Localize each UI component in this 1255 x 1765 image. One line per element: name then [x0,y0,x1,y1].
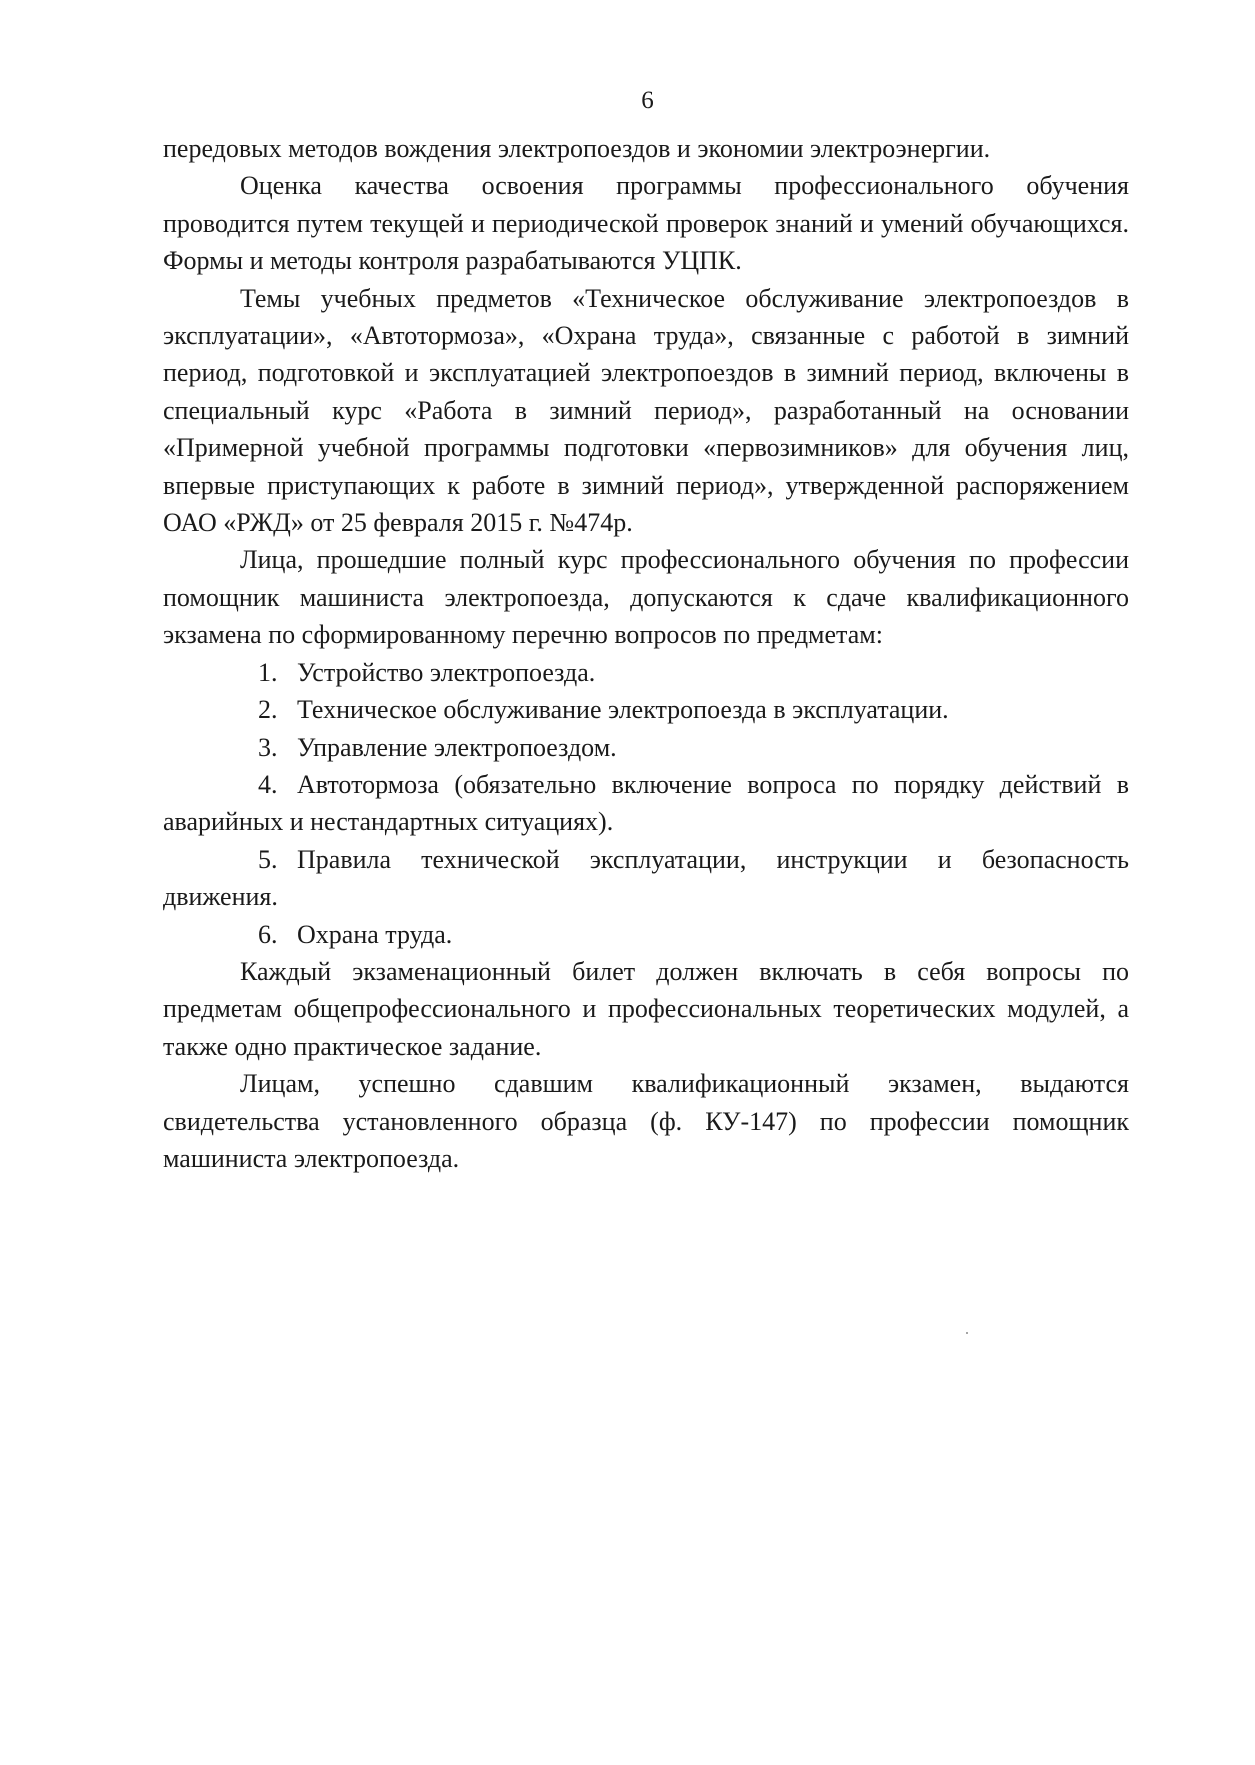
list-item: 5.Правила технической эксплуатации, инст… [163,841,1129,916]
list-number: 1. [258,654,297,691]
list-item: 2.Техническое обслуживание электропоезда… [163,691,1129,728]
paragraph-exam-admission: Лица, прошедшие полный курс профессионал… [163,541,1129,653]
list-item: 1.Устройство электропоезда. [163,654,1129,691]
list-text: Техническое обслуживание электропоезда в… [297,695,949,724]
list-number: 5. [258,841,297,878]
list-item: 4.Автотормоза (обязательно включение воп… [163,766,1129,841]
list-text: Управление электропоездом. [297,733,617,762]
paragraph-continuation: передовых методов вождения электропоездо… [163,130,1129,167]
list-item: 3.Управление электропоездом. [163,729,1129,766]
paragraph-certificate: Лицам, успешно сдавшим квалификационный … [163,1065,1129,1177]
list-number: 6. [258,916,297,953]
list-number: 3. [258,729,297,766]
list-number: 4. [258,766,297,803]
list-item: 6.Охрана труда. [163,916,1129,953]
paragraph-winter-course: Темы учебных предметов «Техническое обсл… [163,280,1129,542]
scan-speck [966,1332,968,1334]
document-body: передовых методов вождения электропоездо… [163,130,1129,1177]
list-text: Охрана труда. [297,920,452,949]
list-text: Автотормоза (обязательно включение вопро… [163,770,1129,836]
paragraph-assessment: Оценка качества освоения программы профе… [163,167,1129,279]
page-number: 6 [20,86,1255,116]
document-page: 6 передовых методов вождения электропоез… [0,0,1255,1765]
list-text: Правила технической эксплуатации, инстру… [163,845,1129,911]
list-text: Устройство электропоезда. [297,658,595,687]
list-number: 2. [258,691,297,728]
paragraph-exam-ticket: Каждый экзаменационный билет должен вклю… [163,953,1129,1065]
exam-subjects-list: 1.Устройство электропоезда. 2.Техническо… [163,654,1129,953]
